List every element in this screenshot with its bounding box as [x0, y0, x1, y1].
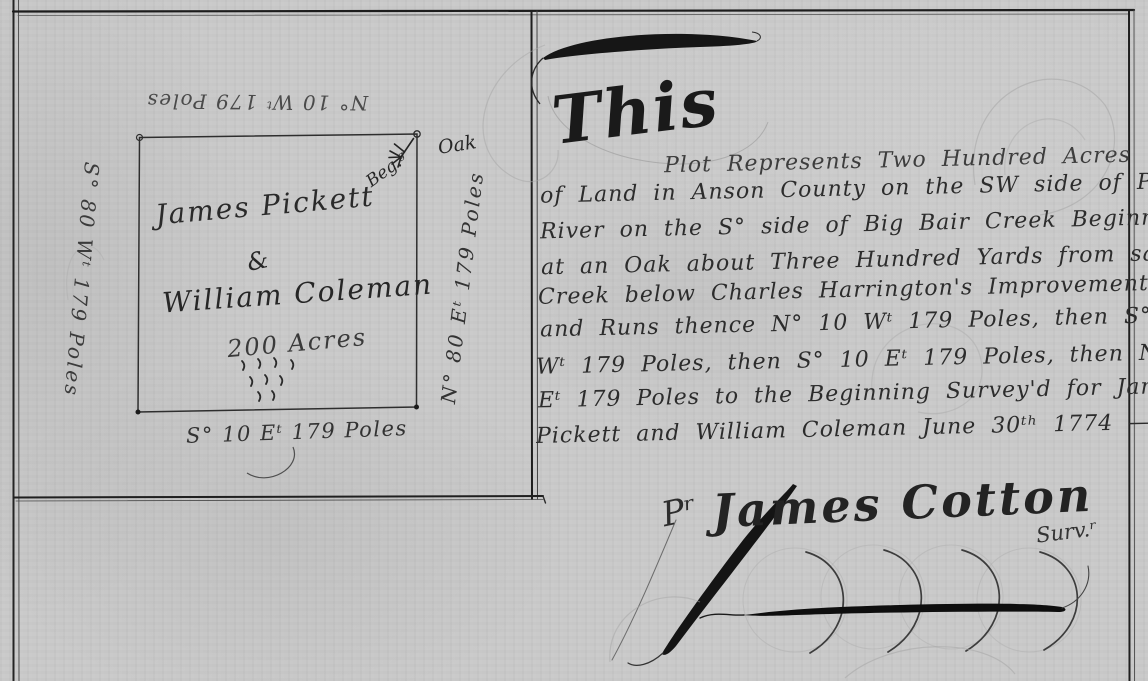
plat-east-bearing-label: N° 80 Eᵗ 179 Poles [436, 169, 488, 404]
corner-marker-sw [136, 410, 141, 415]
deed-text-line: and Runs thence N° 10 Wᵗ 179 Poles, then… [540, 303, 1148, 343]
oak-tree-label: Oak [437, 131, 478, 159]
corner-marker-nw [137, 135, 143, 141]
deed-text-line: of Land in Anson County on the SW side o… [540, 168, 1148, 208]
corner-marker-se [414, 405, 419, 410]
plat-north-bearing-label: N° 10 Wᵗ 179 Poles [146, 89, 368, 115]
deed-text-line: Wᵗ 179 Poles, then S° 10 Eᵗ 179 Poles, t… [536, 339, 1148, 379]
plat-south-bearing-label: S° 10 Eᵗ 179 Poles [186, 416, 408, 448]
grantee-ampersand: & [244, 245, 271, 277]
corner-marker-ne [414, 131, 420, 137]
deed-text-line: Pickett and William Coleman June 30ᵗʰ 17… [536, 410, 1148, 449]
acreage-label: 200 Acres [226, 323, 368, 363]
plat-west-bearing-label: S° 80 Wᵗ 179 Poles [59, 161, 104, 399]
scanned-survey-document: N° 10 Wᵗ 179 Poles S° 80 Wᵗ 179 Poles N°… [0, 0, 1148, 681]
grantee-name-primary: James Pickett [154, 179, 376, 231]
deed-text-line: River on the S° side of Big Bair Creek B… [540, 205, 1148, 245]
grantee-name-secondary: William Coleman [161, 268, 434, 320]
south-label-flourish [247, 447, 294, 478]
deed-text-block: Plot Represents Two Hundred Acres of Lan… [536, 112, 1141, 452]
per-abbreviation: Pʳ [658, 489, 700, 535]
deed-text-line: Eᵗ 179 Poles to the Beginning Survey'd f… [538, 374, 1148, 414]
plat-tick-marks [242, 358, 293, 401]
